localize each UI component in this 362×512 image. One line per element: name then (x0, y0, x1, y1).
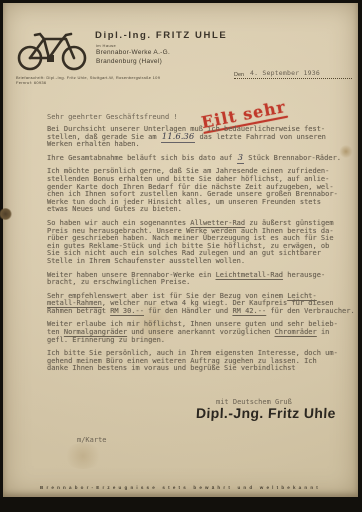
letter-paper: Dipl.-Ing. FRITZ UHLE im Hause Brennabor… (3, 3, 358, 497)
letterhead-company: Brennabor-Werke A.-G. (96, 49, 170, 56)
letterhead-address: Briefanschrift: Dipl.-Ing. Fritz Uhle, S… (16, 75, 160, 86)
handwritten-text: 11.6.36 (161, 132, 195, 143)
typewritten-text: gefl. Erinnerung zu bringen. (47, 336, 165, 344)
signature: Dipl.-Jng. Fritz Uhle (196, 405, 337, 421)
paper-stain (63, 443, 103, 469)
typewritten-text: Ihre Gesamtabnahme beläuft sich bis dato… (47, 154, 237, 162)
date-label: Den (234, 72, 244, 78)
scanned-letter-page: { "colors": { "paper": "#d3c5a8", "typew… (0, 0, 362, 512)
typewritten-text: Stück Brennabor-Räder. (244, 154, 341, 162)
letter-line: Stelle in Ihrem Schaufenster ausstellen … (47, 258, 349, 266)
paragraph: Ich möchte persönlich gerne, daß Sie am … (47, 168, 349, 214)
date-box: Den 4. September 1936 (234, 61, 352, 79)
typewritten-text: danke Ihnen bestens im voraus und begrüß… (47, 364, 296, 372)
letter-line: danke Ihnen bestens im voraus und begrüß… (47, 365, 349, 373)
reference-mark: m/Karte (77, 436, 107, 444)
typewritten-text: für den Händler und (144, 307, 233, 315)
typewritten-text: RM 30.-- (110, 307, 144, 315)
letterhead-address-line2: Fernruf: 60936 (16, 80, 160, 85)
handwritten-text: 3 (237, 153, 244, 164)
letterhead-city: Brandenburg (Havel) (96, 58, 162, 65)
letter-line: gefl. Erinnerung zu bringen. (47, 337, 349, 345)
paragraph: So haben wir auch ein sogenanntes Allwet… (47, 220, 349, 266)
typewritten-text: Rahmen beträgt (47, 307, 110, 315)
letter-line: etwas Neues und Gutes zu bieten. (47, 206, 349, 214)
paragraph: Weiter erlaube ich mir höflichst, Ihnen … (47, 321, 349, 344)
typewritten-text: herausge- (283, 271, 325, 279)
date-value: 4. September 1936 (250, 69, 320, 77)
letter-body: Bei Durchsicht unserer Unterlagen muß ic… (47, 126, 349, 379)
typewritten-text: Leichtmetall-Rad (216, 271, 283, 279)
paragraph: Sehr empfehlenswert aber ist für Sie der… (47, 293, 349, 316)
typewritten-text: in (317, 328, 330, 336)
bicycle-icon (17, 25, 87, 73)
typewritten-text: Stelle in Ihrem Schaufenster ausstellen … (47, 257, 245, 265)
paragraph: Ihre Gesamtabnahme beläuft sich bis dato… (47, 155, 349, 163)
paragraph: Bei Durchsicht unserer Unterlagen muß ic… (47, 126, 349, 149)
letter-line: Ihre Gesamtabnahme beläuft sich bis dato… (47, 155, 349, 163)
typewritten-text: Chromräder (275, 328, 317, 336)
paragraph: Ich bitte Sie persönlich, auch in Ihrem … (47, 350, 349, 373)
letter-line: bracht, zu erschwinglichen Preise. (47, 279, 349, 287)
typewritten-text: für den Verbraucher. (266, 307, 355, 315)
paragraph: Weiter haben unsere Brennabor-Werke ein … (47, 272, 349, 287)
salutation: Sehr geehrter Geschäftsfreund ! (47, 113, 178, 121)
letterhead-sub: im Hause (96, 43, 116, 48)
letter-line: Rahmen beträgt RM 30.-- für den Händler … (47, 308, 349, 316)
footer-slogan: Brennabor-Erzeugnisse stets bewährt und … (3, 485, 358, 490)
typewritten-text: etwas Neues und Gutes zu bieten. (47, 205, 182, 213)
ink-blot-stain (0, 208, 12, 220)
letterhead-name: Dipl.-Ing. FRITZ UHLE (95, 30, 227, 41)
typewritten-text: Werken erhalten haben. (47, 140, 140, 148)
letter-line: Werken erhalten haben. (47, 141, 349, 149)
typewritten-text: bracht, zu erschwinglichen Preise. (47, 278, 190, 286)
typewritten-text: RM 42.-- (232, 307, 266, 315)
typewritten-text: das letzte Fahrrad von unseren (195, 133, 326, 141)
date-rule (234, 78, 352, 79)
